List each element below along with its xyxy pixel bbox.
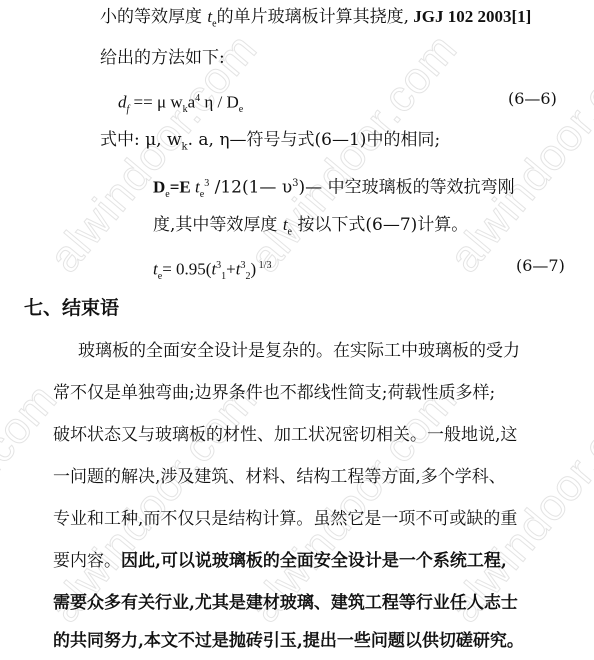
equation-number-6-7: (6—7) [516, 255, 565, 277]
eq-text: = 0.95( [162, 260, 211, 279]
eq-text: == μ w [129, 93, 182, 112]
text-line-de-continued: 度,其中等效厚度 te 按以下式(6—7)计算。 [153, 214, 468, 243]
paragraph-line-bold: 的共同努力,本文不过是抛砖引玉,提出一些问题以供切磋研究。 [53, 630, 524, 652]
paragraph-line: 常不仅是单独弯曲;边界条件也不都线性简支;荷载性质多样; [53, 382, 495, 404]
superscript: 1/3 [256, 260, 271, 271]
text: 小的等效厚度 [100, 7, 207, 27]
paragraph-line: 专业和工种,而不仅只是结构计算。虽然它是一项不可或缺的重 [53, 508, 517, 530]
equation-6-6: df == μ wka4 η / De [118, 88, 243, 121]
text-line-where: 式中: μ, wk. a, η—符号与式(6—1)中的相同; [100, 129, 440, 158]
eq-text: η / D [200, 93, 239, 112]
text-line-2: 给出的方法如下: [100, 47, 225, 69]
bold-text: 因此,可以说玻璃板的全面安全设计是一个系统工程, [121, 551, 507, 571]
text: 度,其中等效厚度 [153, 215, 283, 235]
text: 给出的方法如下: [100, 48, 225, 68]
eq-text: + [226, 260, 236, 279]
equation-6-7: te= 0.95(t31+t32) 1/3 [153, 255, 271, 288]
paragraph-line: 玻璃板的全面安全设计是复杂的。在实际工中玻璃板的受力 [78, 340, 520, 362]
subscript: e [239, 104, 243, 115]
text: . a, η—符号与式(6—1)中的相同; [188, 130, 441, 150]
eq-text: =E [170, 178, 195, 197]
paragraph-line: 一问题的解决,涉及建筑、材料、结构工程等方面,多个学科、 [53, 466, 506, 488]
superscript: 3 [216, 260, 221, 271]
superscript: 3 [241, 260, 246, 271]
text: )— 中空玻璃板的等效抗弯刚 [299, 178, 515, 198]
reference: JGJ 102 2003[1] [409, 7, 531, 26]
eq-text: /12(1— υ [209, 178, 292, 198]
text-line-de-definition: De=E te3 /12(1— υ3)— 中空玻璃板的等效抗弯刚 [153, 173, 515, 206]
text-line-1: 小的等效厚度 te的单片玻璃板计算其挠度, JGJ 102 2003[1] [100, 6, 531, 35]
subscript: e [200, 189, 204, 200]
text: 按以下式(6—7)计算。 [292, 215, 468, 235]
document-page: 小的等效厚度 te的单片玻璃板计算其挠度, JGJ 102 2003[1] 给出… [0, 0, 594, 660]
text: 式中: μ, w [100, 130, 182, 150]
text: 的单片玻璃板计算其挠度, [217, 7, 409, 27]
text: 要内容。 [53, 551, 121, 571]
section-heading: 七、结束语 [24, 297, 119, 319]
eq-symbol: D [153, 178, 165, 197]
paragraph-line: 破坏状态又与玻璃板的材性、加工状况密切相关。一般地说,这 [53, 424, 517, 446]
paragraph-line: 要内容。因此,可以说玻璃板的全面安全设计是一个系统工程, [53, 550, 507, 572]
paragraph-line-bold: 需要众多有关行业,尤其是建材玻璃、建筑工程等行业任人志士 [53, 592, 518, 614]
equation-number-6-6: (6—6) [508, 88, 557, 110]
eq-symbol: d [118, 93, 127, 112]
